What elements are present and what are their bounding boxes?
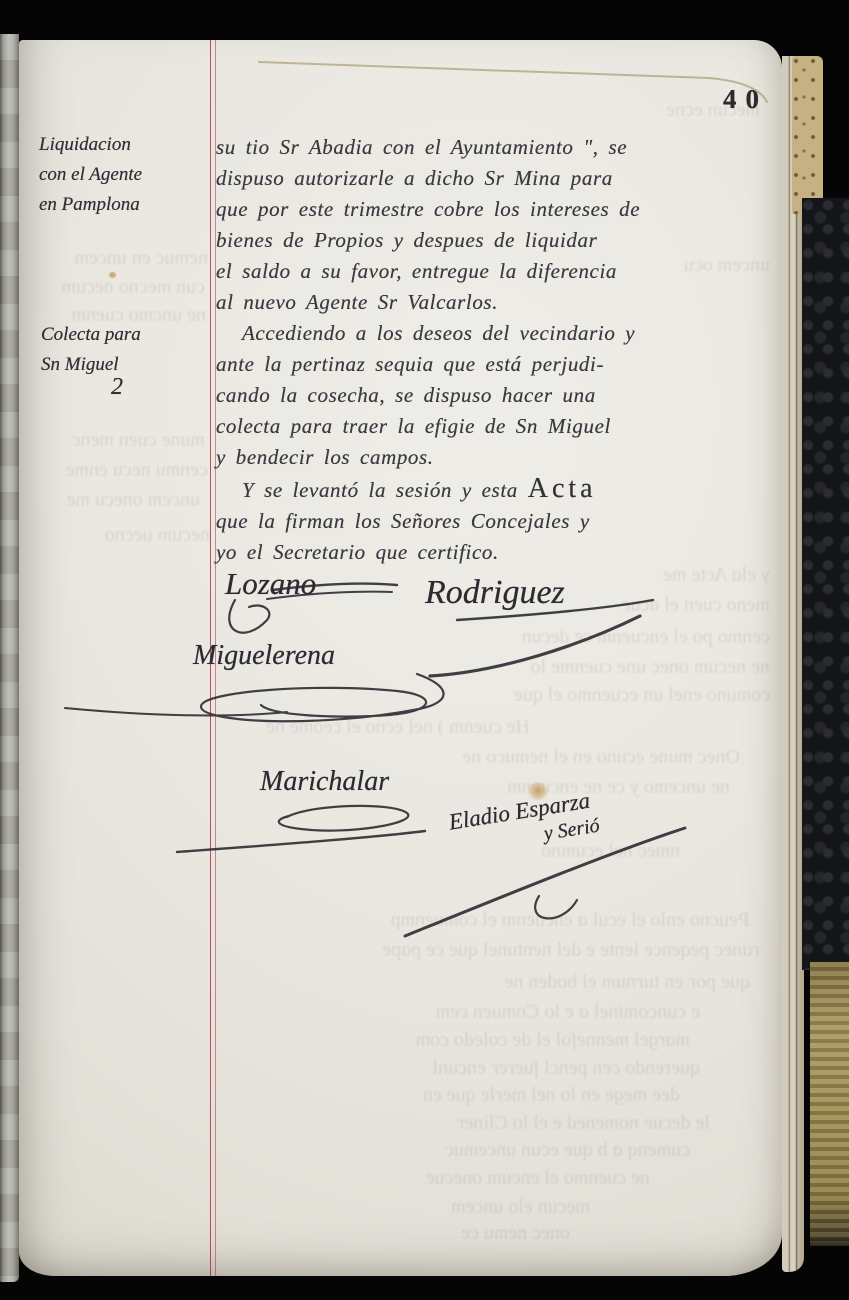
page-stack-fore-edge [782,56,804,1272]
bleedthrough-line: onec nemu ce [158,1222,571,1245]
bleedthrough-line: cumenq a b que ecun uncemuc [78,1139,691,1162]
body-line: que por este trimestre cobre los interes… [216,194,782,225]
margin-note-line: Sn Miguel [41,350,141,380]
bleedthrough-line: cun mecno necum [28,276,206,299]
body-line: y bendecir los campos. [216,442,782,473]
bleedthrough-line: Peucno enlo el ecul a encuenm el comuenm… [58,909,751,932]
body-line: Accediendo a los deseos del vecindario y [216,318,782,349]
bleedthrough-line: uncem onecu me [28,489,201,512]
bleedthrough-line: cenmu necu enme [26,459,209,482]
body-line: al nuevo Agente Sr Valcarlos. [216,287,782,318]
bleedthrough-line: ne cuenmo el encum onecue [98,1167,651,1190]
bleedthrough-line: mecun elo uncem [138,1196,591,1219]
body-line: bienes de Propios y despues de liquidar [216,225,782,256]
signature-lozano: Lozano [225,566,316,602]
bleedthrough-line: le decue nomened e el lo Cliner [58,1112,711,1135]
body-line: dispuso autorizarle a dicho Sr Mina para [216,163,782,194]
body-line: el saldo a su favor, entregue la diferen… [216,256,782,287]
body-line: yo el Secretario que certifico. [216,537,782,568]
margin-note-colecta: Colecta para Sn Miguel [41,320,141,380]
body-line: que la firman los Señores Concejales y [216,506,782,537]
signature-rodriguez: Rodriguez [425,574,565,612]
bleedthrough-line: e cuncominel a e lo Comuen cem [98,1001,701,1024]
body-line-acta: Y se levantó la sesión y esta Acta [216,473,782,506]
signature-marichalar: Marichalar [260,766,389,798]
body-line: cando la cosecha, se dispuso hacer una [216,380,782,411]
bleedthrough-line: margel mennefol el de coledo com [138,1029,691,1052]
body-line: colecta para traer la efigie de Sn Migue… [216,411,782,442]
margin-note-line: en Pamplona [39,190,142,220]
margin-note-line: Colecta para [41,320,141,350]
margin-note-liquidacion: Liquidacion con el Agente en Pamplona [39,130,142,220]
page-number: 40 [723,84,768,115]
signature-miguelerena: Miguelerena [193,640,335,672]
bleedthrough-line: comuno enel un ecuenmo el que [438,684,771,707]
bleedthrough-line: mune cuen menc [28,429,206,452]
bleedthrough-line: cenmo po el encuenm ce decun [518,626,771,649]
body-text: su tio Sr Abadia con el Ayuntamiento ", … [216,132,782,568]
spine-tan-edge [810,962,849,1246]
bleedthrough-line: nemuc en uncem [26,247,209,270]
previous-page-edge [0,34,19,1282]
body-line: su tio Sr Abadia con el Ayuntamiento ", … [216,132,782,163]
bleedthrough-line: dee mege en lo nel merle que en [148,1084,681,1107]
leather-cover-edge [802,198,849,970]
book-photograph: nemuc en uncemcun mecno necumne uncmo cu… [0,0,849,1300]
bleedthrough-line: ne necum onec une cuenme lo [478,656,771,679]
bleedthrough-line: meno cuen el acue [558,594,771,617]
manuscript-page: nemuc en uncemcun mecno necumne uncmo cu… [19,40,782,1276]
ink-speck [109,272,116,278]
endpaper-edge [792,56,823,214]
bleedthrough-line: He cuenm ) nel ecno el ceome ne [228,716,531,739]
margin-note-numeral: 2 [111,374,123,401]
bleedthrough-line: necum uecno [58,524,211,547]
margin-note-line: con el Agente [39,160,142,190]
bleedthrough-line: ranec peqence iente e del nentunel que c… [48,939,761,962]
acta-word: Acta [528,473,597,504]
body-line: ante la pertinaz sequia que está perjudi… [216,349,782,380]
margin-note-line: Liquidacion [39,130,142,160]
